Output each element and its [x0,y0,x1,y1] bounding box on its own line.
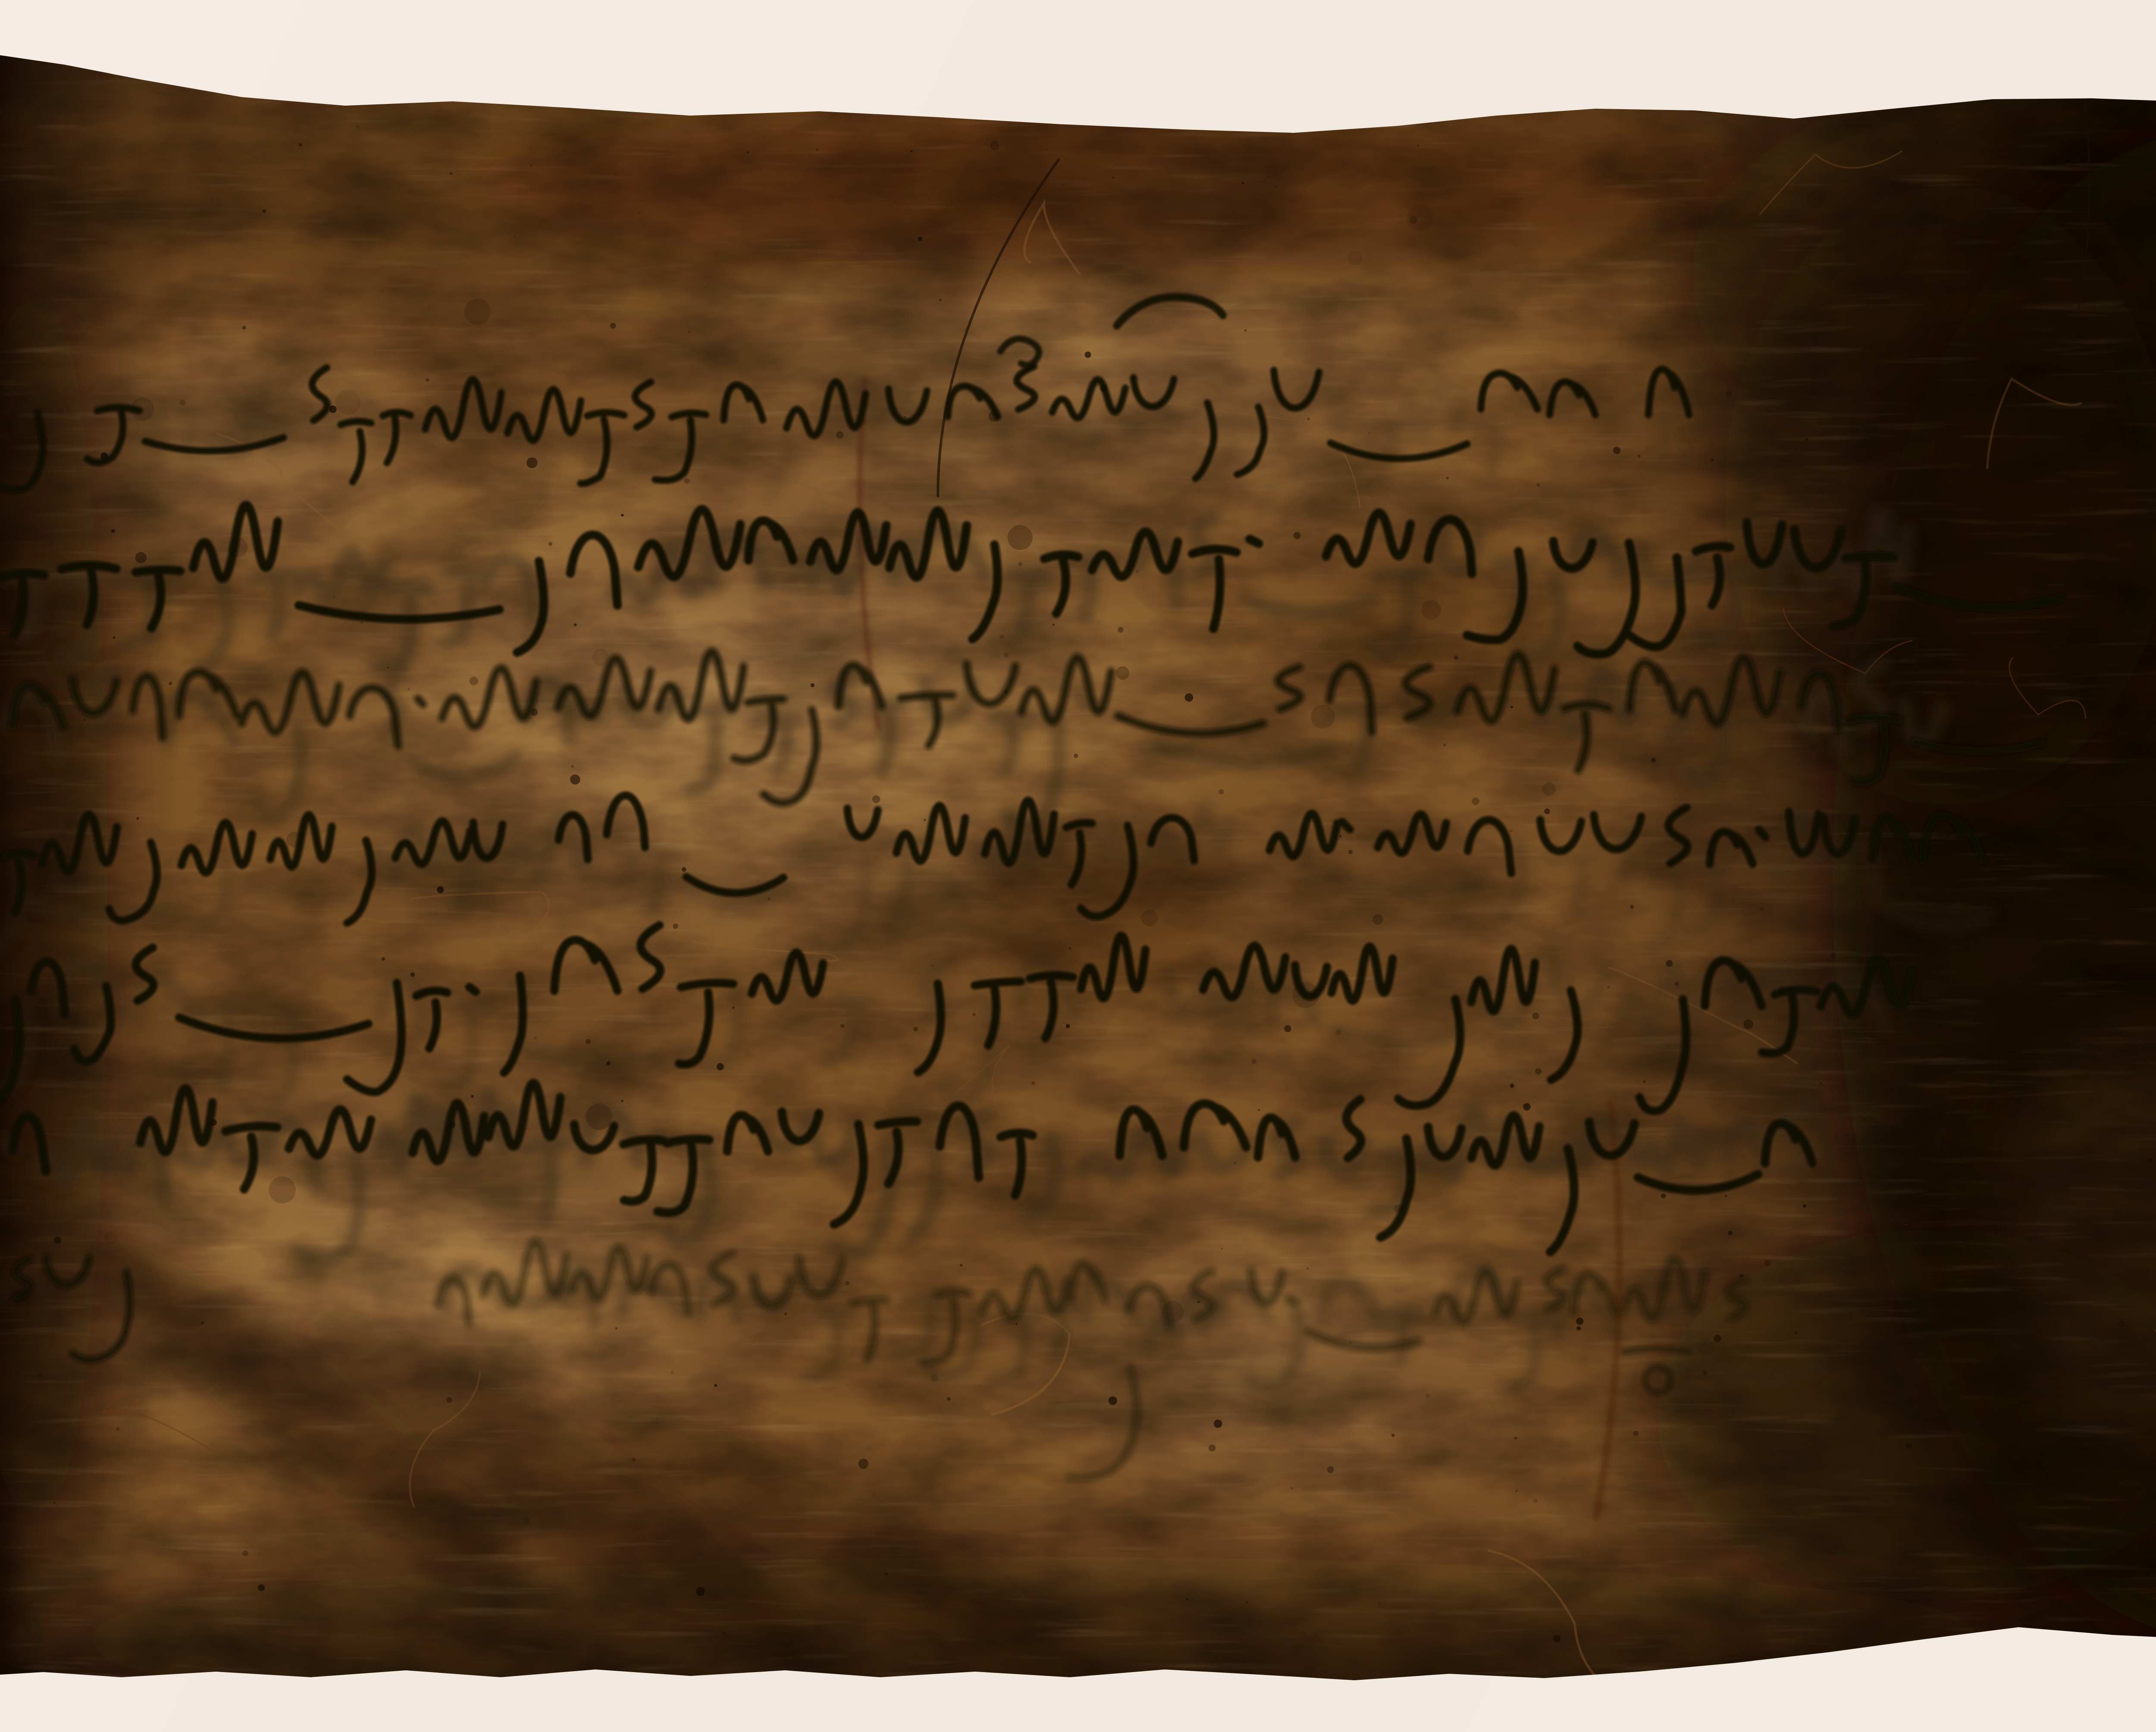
paper-speck [845,1281,849,1285]
paper-speck [960,1264,962,1267]
paper-speck [37,1371,43,1377]
paper-speck [1820,1082,1822,1084]
paper-speck [299,143,302,147]
paper-speck [1533,1498,1538,1503]
paper-speck [201,1321,204,1324]
paper-speck [2092,891,2094,893]
paper-speck [1118,627,1123,633]
paper-speck [1863,1118,1865,1120]
paper-speck [1244,329,1247,332]
paper-speck [1613,447,1620,454]
paper-speck [514,236,515,238]
paper-speck [2003,316,2007,320]
paper-blotch [1116,666,1129,680]
paper-speck [1523,1103,1531,1111]
paper-speck [1302,1631,1305,1634]
paper-speck [671,1371,674,1374]
paper-speck [111,529,115,533]
paper-speck [548,542,552,546]
paper-speck [610,323,616,329]
paper-speck [1576,1326,1581,1330]
paper-speck [918,237,922,241]
paper-speck [1417,144,1419,146]
paper-speck [1472,797,1479,805]
paper-speck [586,1039,591,1044]
paper-speck [526,457,537,468]
paper-speck [910,150,912,152]
paper-speck [571,765,573,768]
paper-speck [258,1585,265,1591]
paper-blotch [1421,600,1441,620]
paper-speck [169,682,172,685]
paper-speck [426,378,429,382]
paper-speck [990,141,1000,151]
paper-speck [2046,806,2054,814]
paper-blotch [1008,525,1033,550]
paper-speck [1711,458,1714,461]
paper-blotch [1407,205,1434,232]
paper-speck [1630,905,1634,909]
paper-speck [885,1573,887,1575]
paper-speck [621,514,624,517]
paper-speck [784,1313,787,1315]
paper-speck [747,151,749,154]
paper-blotch [1697,1338,1714,1355]
paper-speck [1252,1059,1257,1064]
paper-speck [1978,361,1981,364]
paper-speck [1510,1084,1514,1088]
paper-speck [1000,634,1004,639]
paper-blotch [464,299,491,325]
paper-speck [53,1236,61,1244]
paper-speck [1515,1490,1517,1492]
paper-speck [1074,753,1078,758]
paper-speck [1339,835,1341,838]
paper-speck [621,1100,624,1102]
paper-speck [1284,1025,1291,1032]
paper-speck [1053,624,1055,626]
paper-speck [263,210,266,213]
paper-speck [1069,948,1071,950]
paper-speck [872,795,880,803]
paper-speck [723,1632,726,1635]
paper-speck [816,148,819,151]
paper-speck [2142,746,2146,750]
paper-speck [1776,375,1778,377]
paper-speck [1535,1068,1542,1075]
paper-speck [939,299,941,301]
paper-speck [2075,1466,2079,1469]
paper-speck [1908,1165,1911,1168]
paper-speck [1759,907,1764,911]
paper-speck [1307,417,1310,420]
paper-speck [673,923,678,929]
paper-speck [1510,706,1513,709]
paper-speck [811,683,815,687]
manuscript-folio [0,0,2156,1732]
paper-speck [136,817,139,819]
paper-speck [924,819,926,821]
paper-blotch [2015,577,2033,595]
paper-speck [840,1024,845,1028]
paper-speck [1443,744,1446,747]
paper-speck [116,1427,120,1431]
paper-speck [1454,656,1458,660]
paper-speck [1510,830,1513,832]
paper-speck [632,1458,636,1462]
paper-speck [1348,850,1353,854]
paper-speck [437,886,444,893]
paper-speck [2006,441,2008,442]
paper-speck [1209,1444,1216,1452]
paper-speck [1638,455,1641,458]
paper-speck [570,775,580,784]
paper-speck [1860,796,1863,799]
paper-speck [2145,480,2150,485]
paper-speck [84,719,85,721]
paper-blotch [104,1231,117,1244]
paper-speck [1537,483,1540,486]
paper-speck [408,688,410,690]
paper-blotch [1347,251,1362,265]
paper-speck [696,1587,705,1596]
paper-speck [1703,1370,1708,1375]
paper-speck [1108,1396,1117,1406]
paper-speck [1643,1080,1645,1082]
paper-speck [1544,808,1550,814]
paper-speck [242,326,246,329]
paper-speck [1084,351,1091,358]
paper-speck [1795,1332,1797,1334]
paper-speck [574,623,577,626]
paper-speck [1728,1231,1733,1235]
paper-speck [2052,451,2058,458]
paper-speck [446,1397,452,1403]
paper-speck [615,1327,617,1330]
paper-speck [1803,1204,1806,1208]
paper-speck [1725,1195,1727,1198]
paper-speck [382,957,385,960]
paper-speck [2121,773,2123,775]
paper-speck [1935,141,1939,145]
paper-speck [1805,438,1808,441]
paper-speck [1221,1248,1223,1249]
paper-speck [1219,789,1224,794]
paper-blotch [269,1177,296,1204]
paper-speck [972,1013,976,1017]
paper-speck [1532,1013,1539,1020]
paper-speck [2129,503,2137,511]
paper-speck [1066,1024,1070,1028]
paper-speck [1830,952,1836,958]
paper-speck [135,552,147,563]
paper-blotch [2022,1176,2034,1188]
paper-speck [530,164,533,167]
paper-speck [1607,986,1610,989]
paper-speck [1214,1420,1222,1428]
paper-speck [113,637,115,639]
paper-speck [1062,184,1064,186]
paper-speck [714,1384,718,1387]
manuscript-photo [0,0,2156,1732]
paper-speck [2148,1158,2153,1162]
paper-blotch [1779,1267,1801,1289]
paper-speck [682,867,686,872]
paper-speck [1714,1335,1721,1343]
paper-speck [1291,1487,1293,1490]
paper-speck [1986,1075,1995,1084]
paper-speck [1246,1601,1248,1603]
paper-speck [1764,1260,1771,1266]
paper-blotch [1542,782,1556,796]
paper-speck [356,125,359,128]
paper-blotch [1141,910,1158,926]
folio-artwork [0,0,2156,1732]
paper-speck [1373,914,1383,925]
paper-speck [2035,488,2038,491]
paper-speck [1633,1431,1639,1436]
paper-speck [1275,185,1277,187]
paper-speck [1726,390,1732,396]
paper-speck [242,1550,248,1556]
paper-speck [688,331,690,333]
paper-speck [1426,1394,1430,1398]
paper-speck [1905,1442,1912,1449]
paper-blotch [2118,464,2132,478]
paper-speck [1391,1434,1395,1437]
paper-speck [947,1397,951,1401]
paper-speck [1015,1323,1017,1325]
paper-speck [859,1459,869,1469]
paper-speck [1307,1268,1309,1269]
paper-speck [1661,1193,1666,1198]
paper-speck [684,478,690,484]
paper-blotch [1807,190,1826,209]
paper-speck [471,1095,473,1098]
paper-speck [534,1036,537,1039]
paper-speck [1743,1019,1753,1029]
paper-speck [913,1027,918,1032]
paper-speck [1112,177,1114,179]
paper-speck [1379,1603,1380,1604]
paper-speck [2094,1400,2096,1402]
paper-speck [360,621,364,624]
paper-speck [1186,1599,1188,1601]
paper-speck [470,677,478,685]
paper-speck [1242,182,1244,184]
paper-speck [1553,1635,1561,1642]
paper-speck [524,1518,530,1523]
paper-speck [1514,1437,1517,1440]
paper-speck [1031,1081,1035,1085]
paper-speck [1293,532,1300,539]
paper-speck [2118,1320,2125,1327]
paper-speck [1368,432,1370,434]
paper-speck [1018,562,1022,566]
paper-speck [2041,198,2043,199]
paper-speck [1004,653,1009,658]
paper-speck [1576,1318,1583,1325]
paper-speck [1258,1109,1260,1111]
paper-speck [1327,1466,1334,1473]
paper-speck [638,212,639,213]
paper-speck [450,172,453,175]
paper-speck [1651,758,1656,762]
paper-speck [53,1502,56,1504]
paper-speck [1185,693,1194,702]
paper-speck [1446,477,1448,479]
